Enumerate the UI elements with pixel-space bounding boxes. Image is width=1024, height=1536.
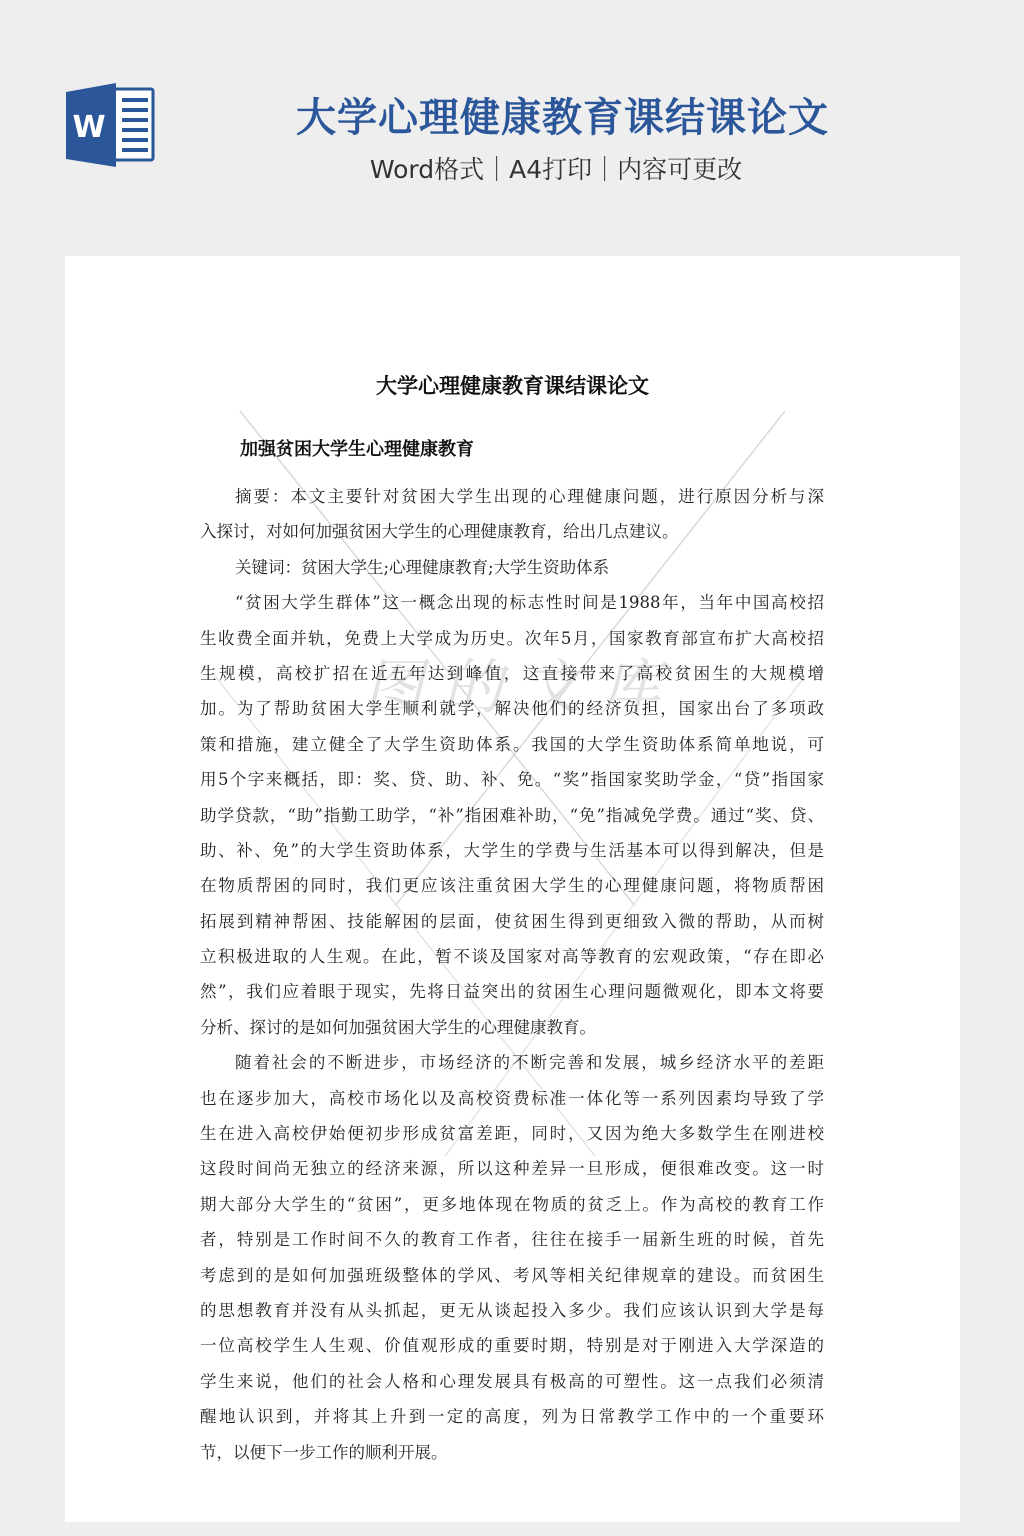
document-subtitle: 加强贫困大学生心理健康教育 <box>240 434 474 466</box>
text-line: 节，以便下一步工作的顺利开展。 <box>200 1435 824 1470</box>
text-line: 一位高校学生人生观、价值观形成的重要时期，特别是对于刚进入大学深造的 <box>200 1328 824 1363</box>
document-body: 摘要：本文主要针对贫困大学生出现的心理健康问题，进行原因分析与深 入探讨，对如何… <box>200 479 824 1470</box>
word-document-icon: W <box>64 80 156 170</box>
body-paragraph: “贫困大学生群体”这一概念出现的标志性时间是1988年，当年中国高校招 生收费全… <box>200 585 824 1045</box>
text-line: 助学贷款，“助”指勤工助学，“补”指困难补助，“免”指减免学费。通过“奖、贷、 <box>200 798 824 833</box>
text-line: 生收费全面并轨，免费上大学成为历史。次年5月，国家教育部宣布扩大高校招 <box>200 621 824 656</box>
text-line: 拓展到精神帮困、技能解困的层面，使贫困生得到更细致入微的帮助，从而树 <box>200 904 824 939</box>
text-line: 用5个字来概括，即：奖、贷、助、补、免。“奖”指国家奖助学金，“贷”指国家 <box>200 762 824 797</box>
text-line: 在物质帮困的同时，我们更应该注重贫困大学生的心理健康问题，将物质帮困 <box>200 868 824 903</box>
text-line: 学生来说，他们的社会人格和心理发展具有极高的可塑性。这一点我们必须清 <box>200 1364 824 1399</box>
header-banner: W 大学心理健康教育课结课论文 Word格式｜A4打印｜内容可更改 <box>0 0 1024 256</box>
svg-text:W: W <box>72 110 105 145</box>
text-line: 醒地认识到，并将其上升到一定的高度，列为日常教学工作中的一个重要环 <box>200 1399 824 1434</box>
text-line: “贫困大学生群体”这一概念出现的标志性时间是1988年，当年中国高校招 <box>200 585 824 620</box>
text-line: 生规模，高校扩招在近五年达到峰值，这直接带来了高校贫困生的大规模增 <box>200 656 824 691</box>
text-line: 摘要：本文主要针对贫困大学生出现的心理健康问题，进行原因分析与深 <box>200 479 824 514</box>
text-line: 然”，我们应着眼于现实，先将日益突出的贫困生心理问题微观化，即本文将要 <box>200 974 824 1009</box>
text-line: 期大部分大学生的“贫困”，更多地体现在物质的贫乏上。作为高校的教育工作 <box>200 1187 824 1222</box>
text-line: 考虑到的是如何加强班级整体的学风、考风等相关纪律规章的建设。而贫困生 <box>200 1258 824 1293</box>
keywords-paragraph: 关键词：贫困大学生;心理健康教育;大学生资助体系 <box>200 550 824 585</box>
document-page: 图 的 文 库 大学心理健康教育课结课论文 加强贫困大学生心理健康教育 摘要：本… <box>65 256 960 1522</box>
document-title: 大学心理健康教育课结课论文 <box>65 370 960 402</box>
text-line: 立积极进取的人生观。在此，暂不谈及国家对高等教育的宏观政策，“存在即必 <box>200 939 824 974</box>
banner-title: 大学心理健康教育课结课论文 <box>296 94 816 142</box>
text-line: 策和措施，建立健全了大学生资助体系。我国的大学生资助体系简单地说，可 <box>200 727 824 762</box>
abstract-paragraph: 摘要：本文主要针对贫困大学生出现的心理健康问题，进行原因分析与深 入探讨，对如何… <box>200 479 824 550</box>
text-line: 随着社会的不断进步，市场经济的不断完善和发展，城乡经济水平的差距 <box>200 1045 824 1080</box>
text-line: 分析、探讨的是如何加强贫困大学生的心理健康教育。 <box>200 1010 824 1045</box>
text-line: 者，特别是工作时间不久的教育工作者，往往在接手一届新生班的时候，首先 <box>200 1222 824 1257</box>
text-line: 也在逐步加大，高校市场化以及高校资费标准一体化等一系列因素均导致了学 <box>200 1081 824 1116</box>
text-line: 的思想教育并没有从头抓起，更无从谈起投入多少。我们应该认识到大学是每 <box>200 1293 824 1328</box>
banner-subtitle: Word格式｜A4打印｜内容可更改 <box>296 152 816 188</box>
text-line: 这段时间尚无独立的经济来源，所以这种差异一旦形成，便很难改变。这一时 <box>200 1151 824 1186</box>
text-line: 入探讨，对如何加强贫困大学生的心理健康教育，给出几点建议。 <box>200 514 824 549</box>
text-line: 关键词：贫困大学生;心理健康教育;大学生资助体系 <box>200 550 824 585</box>
text-line: 加。为了帮助贫困大学生顺利就学，解决他们的经济负担，国家出台了多项政 <box>200 691 824 726</box>
text-line: 生在进入高校伊始便初步形成贫富差距，同时，又因为绝大多数学生在刚进校 <box>200 1116 824 1151</box>
text-line: 助、补、免”的大学生资助体系，大学生的学费与生活基本可以得到解决，但是 <box>200 833 824 868</box>
body-paragraph: 随着社会的不断进步，市场经济的不断完善和发展，城乡经济水平的差距 也在逐步加大，… <box>200 1045 824 1470</box>
